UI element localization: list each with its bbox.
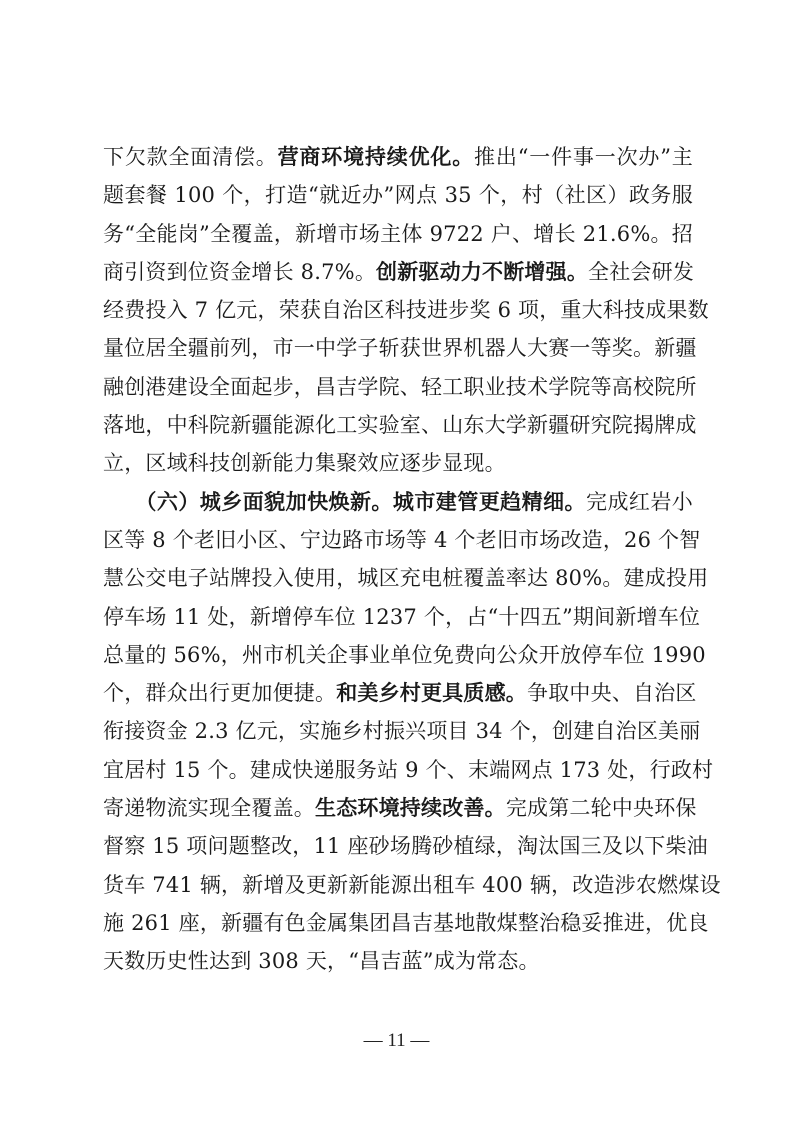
page-number: — 11 — — [0, 1030, 793, 1052]
body-text-span: 衔接资金 2.3 亿元，实施乡村振兴项目 34 个，创建自治区美丽 — [103, 719, 700, 743]
text-line: 题套餐 100 个，打造“就近办”网点 35 个，村（社区）政务服 — [103, 176, 693, 214]
bold-heading-text: 和美乡村更具质感。 — [336, 680, 527, 705]
body-text-span: 经费投入 7 亿元，荣获自治区科技进步奖 6 项，重大科技成果数 — [103, 298, 709, 322]
body-text-span: 推出“一件事一次办”主 — [474, 145, 693, 169]
text-line: 慧公交电子站牌投入使用，城区充电桩覆盖率达 80%。建成投用 — [103, 559, 693, 597]
text-line: （六）城乡面貌加快焕新。城市建管更趋精细。完成红岩小 — [103, 483, 693, 521]
text-line: 融创港建设全面起步，昌吉学院、轻工职业技术学院等高校院所 — [103, 368, 693, 406]
body-text-span: 争取中央、自治区 — [527, 681, 697, 705]
body-text-span: 慧公交电子站牌投入使用，城区充电桩覆盖率达 80%。建成投用 — [103, 566, 708, 590]
body-text-span: 下欠款全面清偿。 — [103, 145, 278, 169]
text-line: 落地，中科院新疆能源化工实验室、山东大学新疆研究院揭牌成 — [103, 406, 693, 444]
text-line: 停车场 11 处，新增停车位 1237 个，占“十四五”期间新增车位 — [103, 598, 693, 636]
body-text-span: 施 261 座，新疆有色金属集团昌吉基地散煤整治稳妥推进，优良 — [103, 911, 709, 935]
text-line: 衔接资金 2.3 亿元，实施乡村振兴项目 34 个，创建自治区美丽 — [103, 712, 693, 750]
body-text-span: 商引资到位资金增长 8.7%。 — [103, 260, 376, 284]
text-line: 总量的 56%，州市机关企事业单位免费向公众开放停车位 1990 — [103, 636, 693, 674]
text-line: 经费投入 7 亿元，荣获自治区科技进步奖 6 项，重大科技成果数 — [103, 291, 693, 329]
bold-heading-text: （六）城乡面貌加快焕新。城市建管更趋精细。 — [146, 489, 586, 514]
text-line: 宜居村 15 个。建成快递服务站 9 个、末端网点 173 处，行政村 — [103, 751, 693, 789]
text-line: 个，群众出行更加便捷。和美乡村更具质感。争取中央、自治区 — [103, 674, 693, 712]
bold-heading-text: 生态环境持续改善。 — [315, 795, 506, 820]
body-text-span: 督察 15 项问题整改，11 座砂场腾砂植绿，淘汰国三及以下柴油 — [103, 834, 708, 858]
text-line: 寄递物流实现全覆盖。生态环境持续改善。完成第二轮中央环保 — [103, 789, 693, 827]
text-line: 下欠款全面清偿。营商环境持续优化。推出“一件事一次办”主 — [103, 138, 693, 176]
body-text-span: 寄递物流实现全覆盖。 — [103, 796, 315, 820]
body-text-span: 完成第二轮中央环保 — [506, 796, 697, 820]
text-line: 量位居全疆前列，市一中学子斩获世界机器人大赛一等奖。新疆 — [103, 329, 693, 367]
body-text-span: 立，区域科技创新能力集聚效应逐步显现。 — [103, 451, 506, 475]
text-line: 务“全能岗”全覆盖，新增市场主体 9722 户、增长 21.6%。招 — [103, 215, 693, 253]
body-text-span: 天数历史性达到 308 天，“昌吉蓝”成为常态。 — [103, 949, 540, 973]
body-text-span: 落地，中科院新疆能源化工实验室、山东大学新疆研究院揭牌成 — [103, 413, 697, 437]
body-text-span: 全社会研发 — [588, 260, 694, 284]
body-text-span: 货车 741 辆，新增及更新新能源出租车 400 辆，改造涉农燃煤设 — [103, 873, 721, 897]
text-line: 区等 8 个老旧小区、宁边路市场等 4 个老旧市场改造，26 个智 — [103, 521, 693, 559]
text-line: 商引资到位资金增长 8.7%。创新驱动力不断增强。全社会研发 — [103, 253, 693, 291]
body-text-span: 完成红岩小 — [586, 490, 693, 514]
body-text-span: 量位居全疆前列，市一中学子斩获世界机器人大赛一等奖。新疆 — [103, 336, 697, 360]
body-text-span: 融创港建设全面起步，昌吉学院、轻工职业技术学院等高校院所 — [103, 375, 697, 399]
body-text: 下欠款全面清偿。营商环境持续优化。推出“一件事一次办”主题套餐 100 个，打造… — [103, 138, 693, 981]
text-line: 立，区域科技创新能力集聚效应逐步显现。 — [103, 444, 693, 482]
text-line: 天数历史性达到 308 天，“昌吉蓝”成为常态。 — [103, 942, 693, 980]
body-text-span: 区等 8 个老旧小区、宁边路市场等 4 个老旧市场改造，26 个智 — [103, 528, 700, 552]
body-text-span: 题套餐 100 个，打造“就近办”网点 35 个，村（社区）政务服 — [103, 183, 693, 207]
document-page: 下欠款全面清偿。营商环境持续优化。推出“一件事一次办”主题套餐 100 个，打造… — [0, 0, 793, 1122]
text-line: 督察 15 项问题整改，11 座砂场腾砂植绿，淘汰国三及以下柴油 — [103, 827, 693, 865]
text-line: 施 261 座，新疆有色金属集团昌吉基地散煤整治稳妥推进，优良 — [103, 904, 693, 942]
body-text-span: 停车场 11 处，新增停车位 1237 个，占“十四五”期间新增车位 — [103, 605, 700, 629]
body-text-span: 宜居村 15 个。建成快递服务站 9 个、末端网点 173 处，行政村 — [103, 758, 713, 782]
body-text-span: 总量的 56%，州市机关企事业单位免费向公众开放停车位 1990 — [103, 643, 706, 667]
body-text-span: 个，群众出行更加便捷。 — [103, 681, 336, 705]
body-text-span: 务“全能岗”全覆盖，新增市场主体 9722 户、增长 21.6%。招 — [103, 222, 693, 246]
body-text-span — [103, 490, 146, 514]
text-line: 货车 741 辆，新增及更新新能源出租车 400 辆，改造涉农燃煤设 — [103, 866, 693, 904]
bold-heading-text: 营商环境持续优化。 — [278, 144, 474, 169]
bold-heading-text: 创新驱动力不断增强。 — [376, 259, 588, 284]
